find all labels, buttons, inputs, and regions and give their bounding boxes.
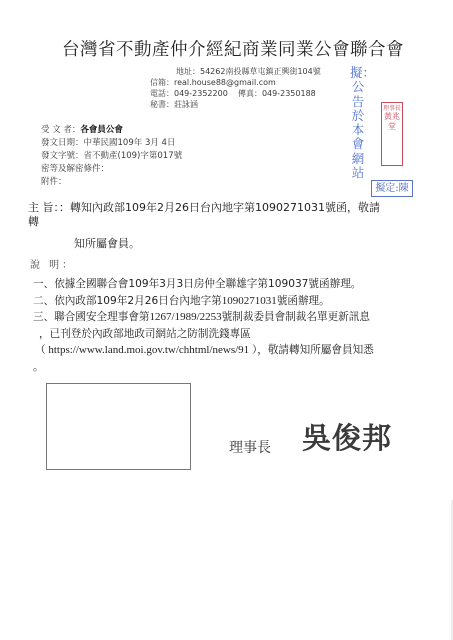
ref-row: 發文字號：省不動產(109)字第017號 bbox=[41, 150, 182, 163]
description-item: 三、聯合國安全理事會第1267/1989/2253號制裁委員會制裁名單更新訊息 bbox=[33, 309, 374, 326]
date: 中華民國109年 3月 4日 bbox=[84, 138, 176, 148]
subject-wrap: 轉 bbox=[28, 215, 380, 229]
item3-line2: ，已刊登於內政部地政司網站之防制洗錢專區 bbox=[33, 326, 374, 343]
document-title: 台灣省不動產仲介經紀商業同業公會聯合會 bbox=[62, 36, 404, 61]
vertical-note-stamp: 擬：公告於本會網站 bbox=[350, 66, 366, 180]
seal-name: 黃兆堂 bbox=[384, 112, 400, 131]
contact-block: 信箱：real.house88@gmail.com 電話：049-2352200… bbox=[150, 77, 316, 110]
date-row: 發文日期：中華民國109年 3月 4日 bbox=[41, 137, 182, 150]
email: 信箱：real.house88@gmail.com bbox=[150, 77, 316, 88]
attachment-label: 附件： bbox=[41, 176, 182, 189]
item-text: 聯合國安全理事會第 bbox=[54, 311, 149, 323]
item-number: 1090271031 bbox=[222, 295, 277, 307]
url-link[interactable]: https://www.land.moi.gov.tw/chhtml/news/… bbox=[46, 344, 252, 356]
item3-line4: 。 bbox=[33, 359, 374, 376]
description-items: 一、依據全國聯合會109年3月3日房仲全聯雄字第109037號函辦理。 二、依內… bbox=[33, 276, 374, 375]
paren-open: （ bbox=[35, 344, 46, 356]
item-text: 依據全國聯合會109年3月3日房仲全聯雄字第109037號函辦理。 bbox=[54, 278, 361, 290]
item-text: 號制裁委員會制裁名單更新訊息 bbox=[222, 311, 370, 323]
secrecy-label: 密等及解密條件： bbox=[41, 163, 182, 176]
ref-number: 省不動產(109)字第017號 bbox=[84, 151, 183, 161]
item-prefix: 一、 bbox=[33, 278, 54, 290]
recipient: 各會員公會 bbox=[80, 125, 123, 135]
document-meta: 受 文 者：各會員公會 發文日期：中華民國109年 3月 4日 發文字號：省不動… bbox=[41, 124, 182, 189]
subject-label: 主 旨： bbox=[28, 201, 59, 214]
description-item: 二、依內政部109年2月26日台內地字第1090271031號函辦理。 bbox=[33, 293, 374, 310]
item3-tail: ），敬請轉知所屬會員知悉 bbox=[252, 344, 374, 356]
phone-fax: 電話：049-2352200 傳真：049-2350188 bbox=[150, 88, 316, 99]
secretary: 秘書：莊詠涵 bbox=[150, 99, 316, 110]
subject-text: ：轉知內政部109年2月26日台內地字第1090271031號函，敬請 bbox=[59, 201, 380, 214]
fax: 傳真：049-2350188 bbox=[238, 89, 316, 98]
seal-title: 理事長 bbox=[382, 105, 402, 112]
description-item: 一、依據全國聯合會109年3月3日房仲全聯雄字第109037號函辦理。 bbox=[33, 276, 374, 293]
address: 地址：54262南投縣草屯鎮正興街104號 bbox=[176, 66, 321, 77]
date-label: 發文日期： bbox=[41, 138, 84, 148]
approve-stamp: 擬定:陳 bbox=[371, 180, 413, 197]
subject: 主 旨：：轉知內政部109年2月26日台內地字第1090271031號函，敬請 … bbox=[28, 201, 380, 229]
signature-title: 理事長 bbox=[229, 437, 271, 457]
recipient-label: 受 文 者： bbox=[41, 125, 80, 135]
item-prefix: 二、 bbox=[33, 295, 54, 307]
chairman-seal: 理事長 黃兆堂 bbox=[381, 102, 403, 166]
subject-continuation: 知所屬會員。 bbox=[74, 235, 140, 251]
description-label: 說 明： bbox=[30, 256, 75, 271]
signature-name: 吳俊邦 bbox=[302, 416, 392, 457]
stamp-box bbox=[46, 383, 191, 470]
recipient-row: 受 文 者：各會員公會 bbox=[41, 124, 182, 137]
item-text: 依內政部109年2月26日台內地字第 bbox=[54, 295, 222, 307]
ref-label: 發文字號： bbox=[41, 151, 84, 161]
item3-line3: （ https://www.land.moi.gov.tw/chhtml/new… bbox=[33, 342, 374, 359]
item-text: 號函辦理。 bbox=[277, 295, 330, 307]
phone: 電話：049-2352200 bbox=[150, 89, 228, 98]
item-prefix: 三、 bbox=[33, 311, 54, 323]
item-number: 1267/1989/2253 bbox=[150, 311, 222, 323]
